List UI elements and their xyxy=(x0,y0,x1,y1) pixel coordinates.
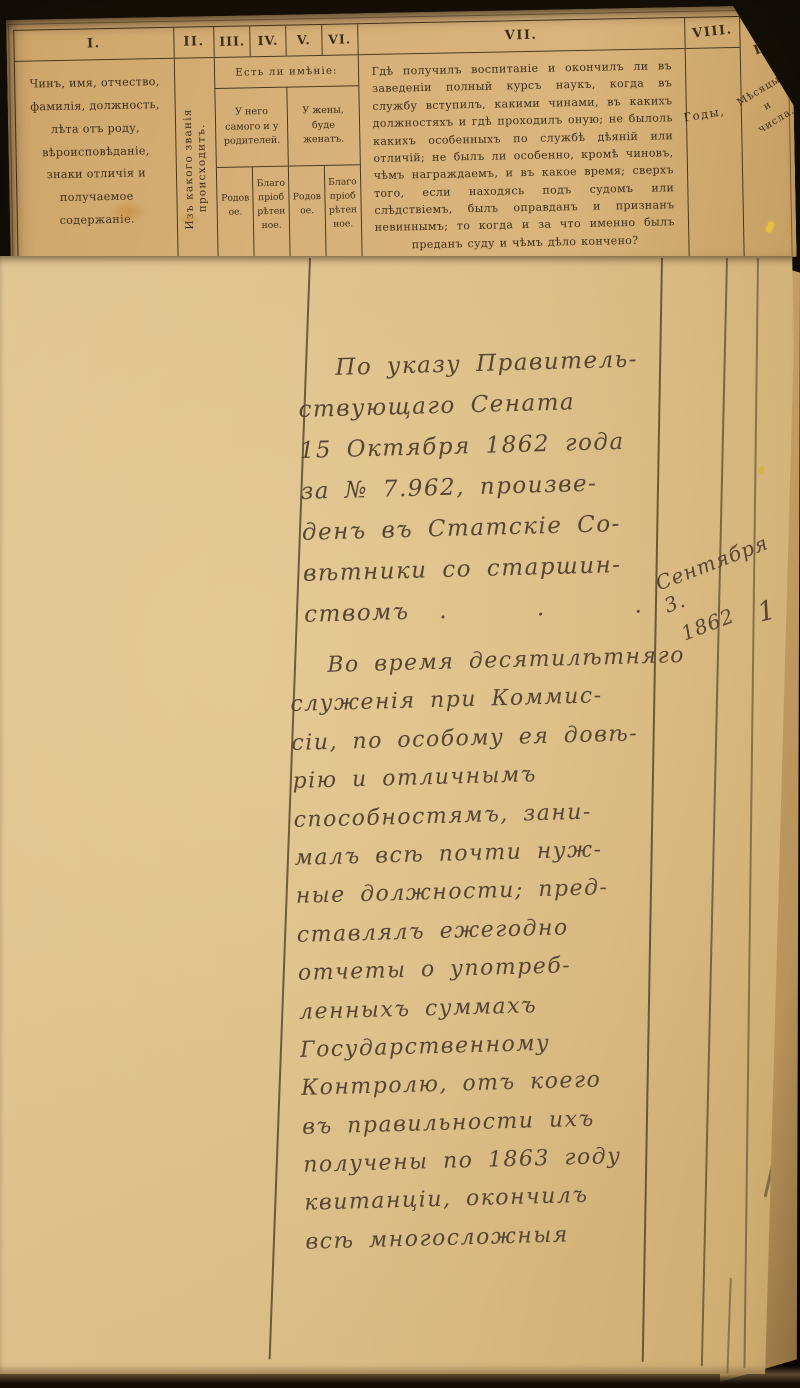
estate-cell-acquired-1: Благопріобрѣтенное. xyxy=(252,167,290,268)
column-8-numeral: VIII. xyxy=(685,17,740,49)
column-1-numeral: I. xyxy=(14,28,173,62)
column-2-heading: Изъ какого званія происходитъ. xyxy=(174,58,218,269)
estate-self-heading: У него самого и у родителей. xyxy=(216,88,289,167)
bottom-page-edge xyxy=(0,1366,800,1388)
estate-cells: Родовое. Благопріобрѣтенное. Родовое. Бл… xyxy=(217,165,361,268)
estate-columns-group: III. IV. V. VI. Есть ли имѣніе: У него с… xyxy=(214,24,362,268)
handwritten-line: ствомъ . . . xyxy=(304,592,646,642)
printed-header-sheet: I. Чинъ, имя, отчество, фамилія, должнос… xyxy=(6,5,797,272)
handwritten-paragraph-2: Во время десятилѣтнягослуженія при Комми… xyxy=(289,643,702,1268)
column-7-heading: Гдѣ получилъ воспитаніе и окончилъ ли въ… xyxy=(358,49,688,265)
column-4-numeral: IV. xyxy=(249,26,285,57)
column-1-heading: Чинъ, имя, отчество, фамилія, должность,… xyxy=(15,59,178,272)
years-label: Годы, xyxy=(682,104,747,261)
paper-crease xyxy=(726,1278,731,1378)
column-1: I. Чинъ, имя, отчество, фамилія, должнос… xyxy=(14,28,177,272)
column-7: VII. Гдѣ получилъ воспитаніе и окончилъ … xyxy=(357,18,689,265)
column-2: II. Изъ какого званія происходитъ. xyxy=(173,27,218,269)
date-column-rule-2 xyxy=(743,258,758,1368)
estate-numerals-row: III. IV. V. VI. xyxy=(215,24,358,58)
date-column-rule-1 xyxy=(701,258,728,1366)
wax-speck xyxy=(758,465,765,474)
column-8-heading: Годы, xyxy=(685,48,743,259)
estate-cell-acquired-2: Благопріобрѣтенное. xyxy=(324,165,362,266)
handwritten-paragraph-1: По указу Правитель-ствующаго Сената15 Ок… xyxy=(297,346,646,642)
estate-group-title: Есть ли имѣніе: xyxy=(215,55,358,89)
column-5-numeral: V. xyxy=(285,25,321,56)
vertical-heading-text: Изъ какого званія происходитъ. xyxy=(181,63,211,263)
service-record-header-table: I. Чинъ, имя, отчество, фамилія, должнос… xyxy=(13,15,797,272)
archival-photo: I. Чинъ, имя, отчество, фамилія, должнос… xyxy=(0,0,800,1388)
estate-cell-rodovoe-2: Родовое. xyxy=(288,166,326,267)
column-6-numeral: VI. xyxy=(321,24,357,55)
estate-subheadings: У него самого и у родителей. У жены, буд… xyxy=(216,86,360,168)
months-days-label: Мѣсяцы и числа. xyxy=(732,71,800,142)
column-2-numeral: II. xyxy=(174,27,214,59)
date-annotation: Сентября 3. 1862 xyxy=(652,524,800,647)
manuscript-sheet: По указу Правитель-ствующаго Сената15 Ок… xyxy=(0,256,797,1374)
column-9-numeral: IX. xyxy=(740,16,793,47)
estate-cell-rodovoe-1: Родовое. xyxy=(217,167,254,268)
column-8: VIII. Годы, xyxy=(684,17,744,259)
column-3-numeral: III. xyxy=(215,26,250,57)
estate-wife-heading: У жены, буде женатъ. xyxy=(287,86,359,165)
